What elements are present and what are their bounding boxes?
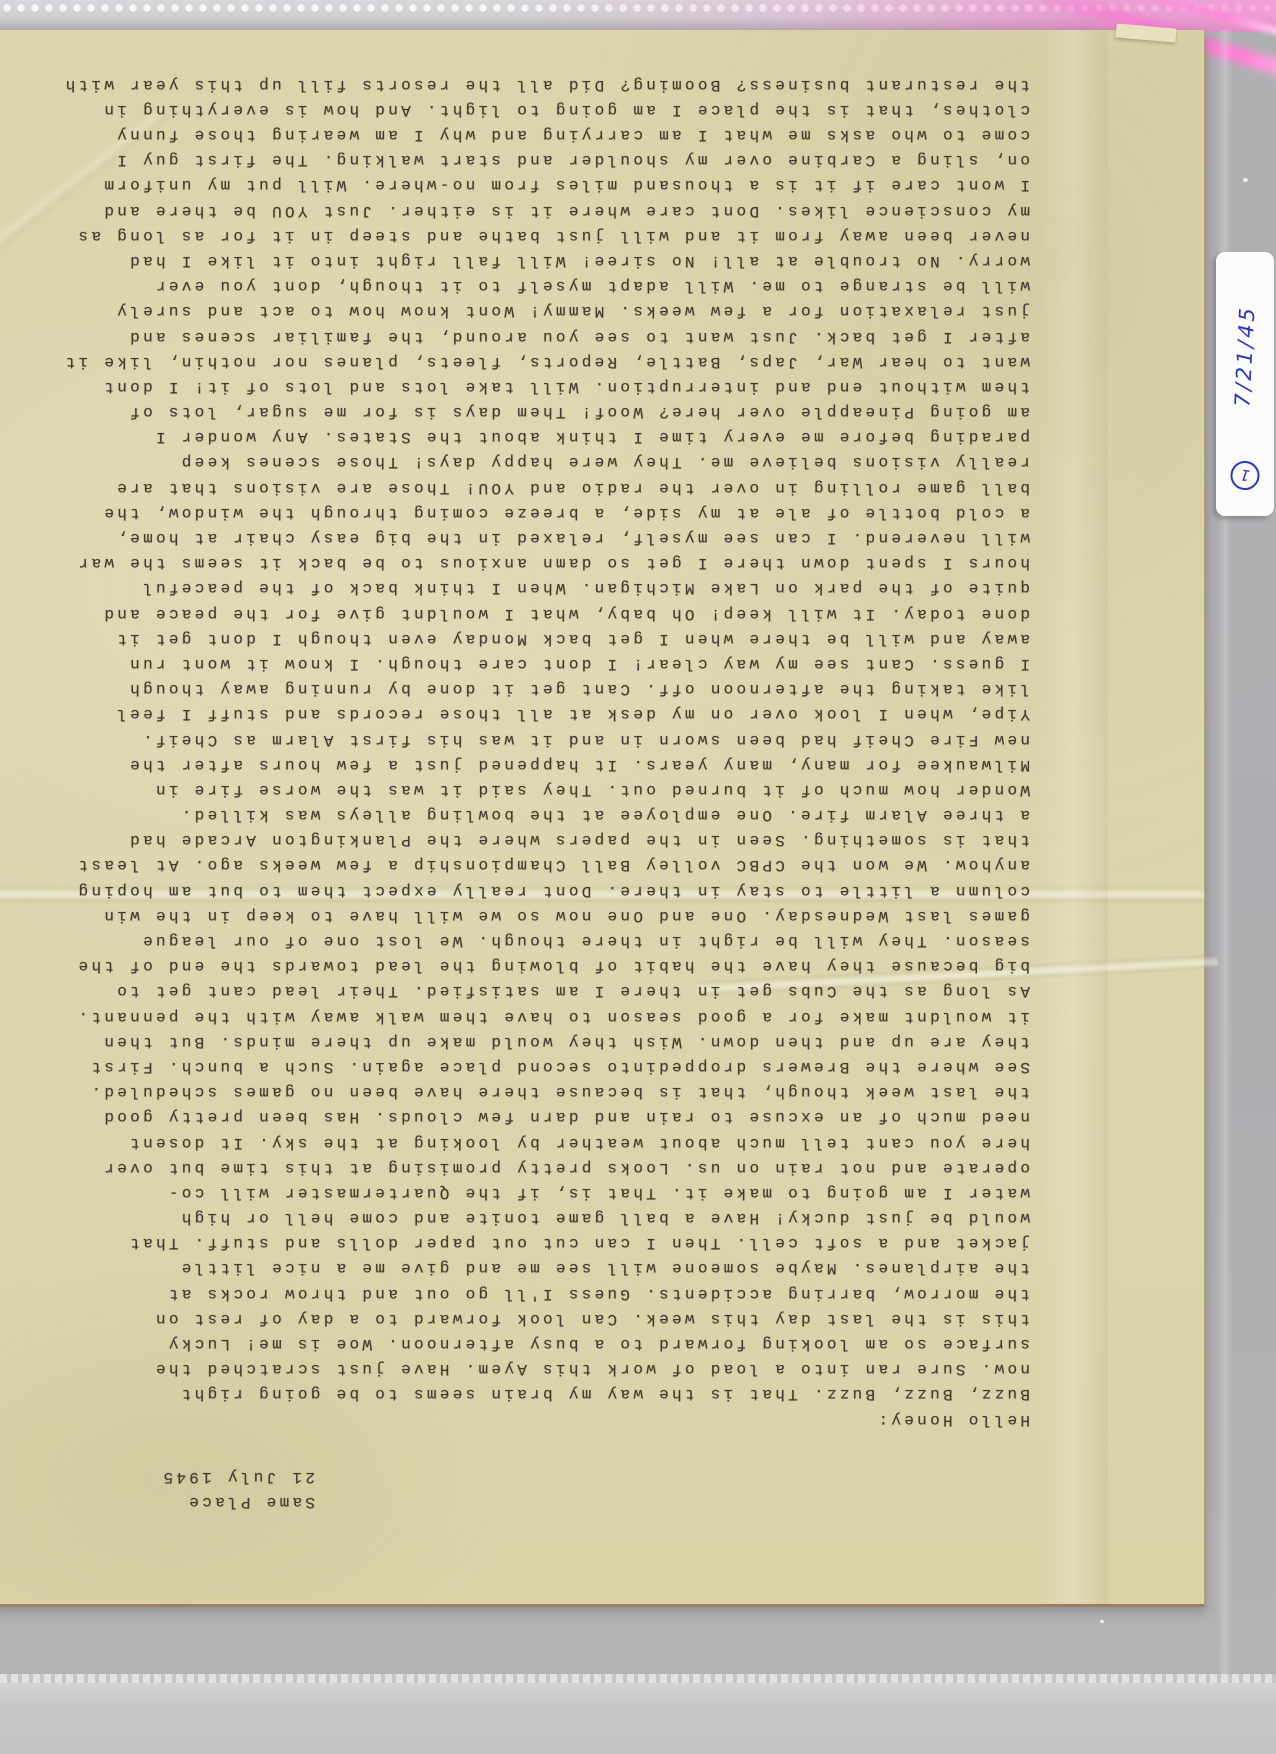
letter-line: come to who asks me what I am carrying a… <box>52 122 1030 147</box>
archive-label: 7/21/45 1 <box>1216 252 1274 516</box>
label-page-number: 1 <box>1229 459 1262 492</box>
scanned-letter-in-sheet-protector: Same Place 21 July 1945 Hello Honey: Buz… <box>0 0 1276 1754</box>
letter-line: Buzz, Buzz, Buzz. That is the way my bra… <box>52 1381 1030 1406</box>
letter-date: 21 July 1945 <box>52 1464 315 1489</box>
letter-line: the morrow, barring accidents. Guess I'l… <box>52 1281 1030 1306</box>
letter-line: on, sling a Carbine over my shoulder and… <box>52 147 1030 172</box>
letter-line: here you cant tell much about weather by… <box>52 1129 1030 1154</box>
letter-line: a cold bottle of ale at my side, a breez… <box>52 500 1030 525</box>
letter-line: this is the last day this week. Can look… <box>52 1306 1030 1331</box>
letter-line: Yipe, when I look over on my desk at all… <box>52 701 1030 726</box>
letter-line: a three Alarm fire. One employee at the … <box>52 802 1030 827</box>
letter-line: As long as the Cubs get in there I am sa… <box>52 978 1030 1003</box>
letter-line: column a little to stay in there. Dont r… <box>52 878 1030 903</box>
letter-line: like taking the afternoon off. Cant get … <box>52 676 1030 701</box>
letter-line: want to hear War, Japs, Battle, Reports,… <box>52 349 1030 374</box>
dust-speck <box>1100 1620 1104 1623</box>
letter-line: I guess. Cant see my way clear! I dont c… <box>52 651 1030 676</box>
letter-line: operate and not rain on us. Looks pretty… <box>52 1155 1030 1180</box>
letter-line: done today. It will keep! Oh baby, what … <box>52 600 1030 625</box>
letter-salutation: Hello Honey: <box>52 1406 1030 1431</box>
letter-line: surface so am looking forward to a busy … <box>52 1331 1030 1356</box>
letter-line: games last Wednesday. One and One now so… <box>52 903 1030 928</box>
letter-line: hours I spent down there I get so damn a… <box>52 550 1030 575</box>
letter-body: Buzz, Buzz, Buzz. That is the way my bra… <box>52 72 1030 1407</box>
letter-line: the airplanes. Maybe someone will see me… <box>52 1255 1030 1280</box>
letter-line: jacket and a soft cell. Then I can cut o… <box>52 1230 1030 1255</box>
letter-line: worry. No trouble at all! No siree! Will… <box>52 248 1030 273</box>
circled-number: 1 <box>1229 459 1262 492</box>
letter-line: quite of the park on Lake Michigan. When… <box>52 575 1030 600</box>
letter-line: need much of an excuse to rain and darn … <box>52 1104 1030 1129</box>
letter-paper: Same Place 21 July 1945 Hello Honey: Buz… <box>0 30 1205 1607</box>
sheet-protector-seam <box>0 1674 1276 1683</box>
letter-line: it wouldnt make for a good season to hav… <box>52 1003 1030 1028</box>
letter-line: will be strange to me. Will adapt myself… <box>52 273 1030 298</box>
letter-line: that is something. Seen in the papers wh… <box>52 827 1030 852</box>
letter-line: after I get back. Just want to see you a… <box>52 323 1030 348</box>
letter-line: parading before me every time I think ab… <box>52 424 1030 449</box>
letter-line: Milwaukee for many, many years. It happe… <box>52 752 1030 777</box>
letter-line: water I am going to make it. That is, if… <box>52 1180 1030 1205</box>
letter-line: they are up and then down. Wish they wou… <box>52 1029 1030 1054</box>
letter-line: ball game rolling in over the radio and … <box>52 475 1030 500</box>
letter-line: Wonder how much of it burned out. They s… <box>52 777 1030 802</box>
letter-line: would be just ducky! Have a ball game to… <box>52 1205 1030 1230</box>
letter-line: away and will be there when I get back M… <box>52 626 1030 651</box>
letter-line: I wont care if it is a thousand miles fr… <box>52 172 1030 197</box>
letter-heading: Same Place 21 July 1945 <box>52 1464 315 1514</box>
letter-line: the last week though, that is because th… <box>52 1079 1030 1104</box>
label-handwritten-date: 7/21/45 <box>1228 267 1261 444</box>
letter-line: am going Pineapple over here? Woof! Them… <box>52 399 1030 424</box>
letter-line: See where the Brewers droppedinto second… <box>52 1054 1030 1079</box>
letter-line: will neverend. I can see myself, relaxed… <box>52 525 1030 550</box>
letter-line: new Fire Cheif had been sworn in and it … <box>52 726 1030 751</box>
letter-line: anyhow. We won the CPBC volley Ball Cham… <box>52 852 1030 877</box>
letter-line: them without end and interruption. Will … <box>52 374 1030 399</box>
letter-line: big because they have the habit of blowi… <box>52 953 1030 978</box>
letter-place: Same Place <box>52 1489 315 1514</box>
sheet-protector-bottom-strip <box>0 1683 1276 1754</box>
letter-line: my conscience likes. Dont care where it … <box>52 197 1030 222</box>
dust-speck <box>1243 178 1248 182</box>
letter-line: now. Sure ran into a load of work this A… <box>52 1356 1030 1381</box>
letter-line: season. They will be right in there thou… <box>52 928 1030 953</box>
letter-rotated-180: Same Place 21 July 1945 Hello Honey: Buz… <box>0 30 1204 1604</box>
letter-line: just relaxation for a few weeks. Mammy! … <box>52 298 1030 323</box>
letter-line: clothes, that is the place I am going to… <box>52 97 1030 122</box>
letter-line: never been away from it and will just ba… <box>52 223 1030 248</box>
letter-line: really visions believe me. They were hap… <box>52 449 1030 474</box>
letter-text-block: Same Place 21 July 1945 Hello Honey: Buz… <box>0 30 1204 1604</box>
letter-line: the resturant business? Booming? Did all… <box>52 72 1030 97</box>
